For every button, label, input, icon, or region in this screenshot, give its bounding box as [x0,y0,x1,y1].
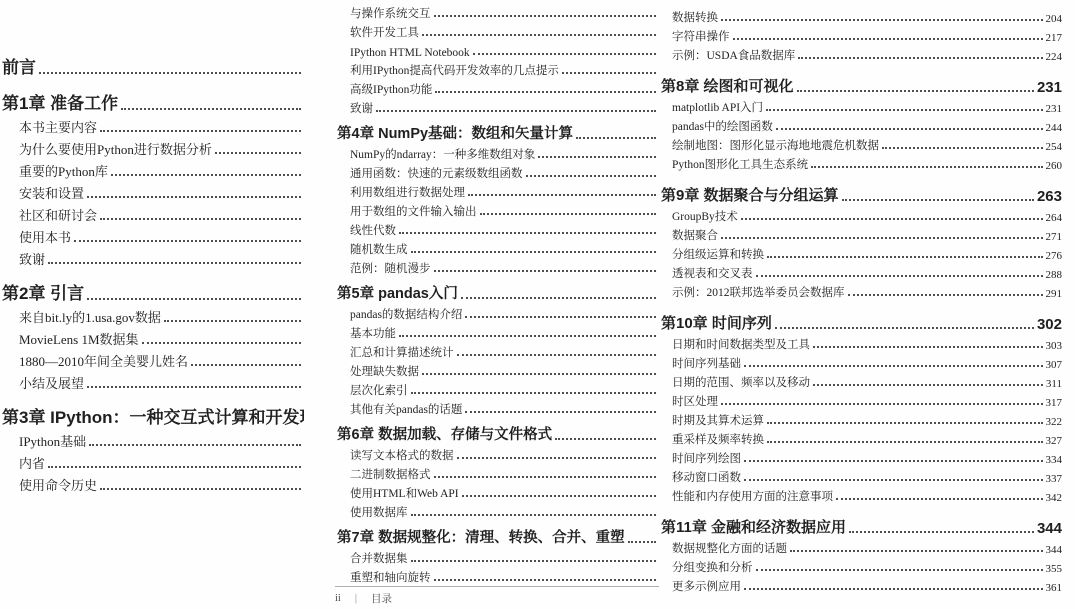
toc-entry-label: 第1章 准备工作 [2,89,118,114]
toc-entry-label: 致谢 [19,249,45,268]
toc-entry-label: 为什么要使用Python进行数据分析 [19,139,212,158]
toc-entry-label: 使用HTML和Web API [350,485,459,501]
toc-entry-section[interactable]: 1880—2010年间全美婴儿姓名 [2,348,304,370]
toc-entry-page: 337 [1046,473,1063,485]
toc-leader-dots [555,438,656,440]
toc-entry-label: 二进制数据格式 [350,466,431,482]
toc-leader-dots [376,110,656,112]
toc-entry-section[interactable]: 随机数生成 [337,238,659,257]
toc-leader-dots [576,137,656,139]
toc-entry-section[interactable]: 时区处理317 [661,390,1062,409]
toc-entry-section[interactable]: 层次化索引 [337,379,659,398]
toc-entry-section[interactable]: IPython基础 [2,428,304,450]
toc-entry-section[interactable]: 致谢 [337,97,659,116]
toc-entry-label: 透视表和交叉表 [672,265,753,281]
toc-leader-dots [191,364,301,366]
toc-entry-label: 基本功能 [350,325,396,341]
toc-leader-dots [767,422,1043,424]
toc-entry-chapter[interactable]: 第1章 准备工作 [2,88,304,114]
toc-leader-dots [215,152,301,154]
toc-entry-label: 第8章 绘图和可视化 [661,75,794,96]
toc-entry-label: 利用数组进行数据处理 [350,184,465,200]
toc-leader-dots [628,541,656,543]
toc-entry-label: 时区处理 [672,393,718,409]
toc-entry-page: 244 [1046,122,1063,134]
toc-leader-dots [411,560,657,562]
toc-leader-dots [435,91,656,93]
toc-leader-dots [48,466,301,468]
toc-entry-label: 高级IPython功能 [350,81,432,97]
toc-entry-section[interactable]: IPython HTML Notebook [337,40,659,59]
toc-entry-section[interactable]: 高级IPython功能 [337,78,659,97]
toc-entry-chapter[interactable]: 第5章 pandas入门 [337,279,659,303]
toc-leader-dots [813,384,1043,386]
toc-entry-label: 第2章 引言 [2,279,84,304]
toc-entry-section[interactable]: 移动窗口函数337 [661,466,1062,485]
toc-entry-section[interactable]: 线性代数 [337,219,659,238]
toc-leader-dots [87,386,301,388]
toc-entry-label: 通用函数：快速的元素级数组函数 [350,165,523,181]
toc-leader-dots [526,175,657,177]
toc-leader-dots [434,270,657,272]
toc-entry-chapter[interactable]: 第11章 金融和经济数据应用344 [661,511,1062,537]
toc-entry-section[interactable]: 利用数组进行数据处理 [337,181,659,200]
toc-entry-section[interactable]: 时间序列基础307 [661,352,1062,371]
toc-leader-dots [142,342,301,344]
toc-leader-dots [465,411,656,413]
toc-entry-label: 合并数据集 [350,550,408,566]
toc-entry-label: pandas的数据结构介绍 [350,306,462,322]
toc-entry-label: 利用IPython提高代码开发效率的几点提示 [350,62,559,78]
toc-entry-page: 224 [1046,51,1063,63]
toc-leader-dots [767,441,1043,443]
toc-entry-page: 334 [1046,454,1063,466]
toc-leader-dots [465,316,656,318]
toc-leader-dots [164,320,301,322]
toc-entry-label: 线性代数 [350,222,396,238]
toc-entry-label: 时间序列基础 [672,355,741,371]
toc-entry-label: 使用数据库 [350,504,408,520]
toc-leader-dots [813,346,1043,348]
toc-leader-dots [457,457,657,459]
toc-leader-dots [100,218,301,220]
toc-column-right: 数据转换204字符串操作217示例：USDA食品数据库224第8章 绘图和可视化… [661,6,1062,594]
toc-entry-page: 263 [1037,188,1062,205]
toc-leader-dots [562,72,656,74]
toc-entry-label: 1880—2010年间全美婴儿姓名 [19,351,188,370]
toc-entry-chapter[interactable]: 第2章 引言 [2,278,304,304]
toc-entry-section[interactable]: NumPy的ndarray：一种多维数组对象 [337,143,659,162]
page-footer: ii | 目录 [335,586,659,606]
toc-entry-chapter[interactable]: 第4章 NumPy基础：数组和矢量计算 [337,119,659,143]
toc-entry-label: 第10章 时间序列 [661,312,772,333]
toc-entry-label: 与操作系统交互 [350,5,431,21]
toc-entry-section[interactable]: 字符串操作217 [661,25,1062,44]
toc-entry-page: 271 [1046,231,1063,243]
toc-entry-chapter[interactable]: 第10章 时间序列302 [661,307,1062,333]
toc-leader-dots [790,550,1043,552]
toc-entry-label: 重要的Python库 [19,161,108,180]
toc-entry-label: 示例：USDA食品数据库 [672,47,795,63]
toc-entry-section[interactable]: 使用命令历史 [2,472,304,494]
toc-entry-section[interactable]: 数据规整化方面的话题344 [661,537,1062,556]
toc-entry-section[interactable]: 使用HTML和Web API [337,482,659,501]
toc-leader-dots [111,174,301,176]
toc-entry-chapter[interactable]: 第6章 数据加载、存储与文件格式 [337,420,659,444]
toc-entry-section[interactable]: 为什么要使用Python进行数据分析 [2,136,304,158]
toc-entry-section[interactable]: 安装和设置 [2,180,304,202]
toc-page: 前言第1章 准备工作本书主要内容为什么要使用Python进行数据分析重要的Pyt… [0,0,1075,609]
toc-entry-label: 社区和研讨会 [19,205,97,224]
toc-entry-page: 307 [1046,359,1063,371]
toc-entry-label: 软件开发工具 [350,24,419,40]
toc-entry-page: 291 [1046,288,1063,300]
toc-entry-chapter[interactable]: 第9章 数据聚合与分组运算263 [661,179,1062,205]
toc-entry-section[interactable]: 使用本书 [2,224,304,246]
toc-entry-label: 第4章 NumPy基础：数组和矢量计算 [337,122,573,143]
toc-entry-label: 时期及其算术运算 [672,412,764,428]
toc-entry-label: 内省 [19,453,45,472]
toc-entry-section[interactable]: 致谢 [2,246,304,268]
toc-leader-dots [744,588,1043,590]
toc-leader-dots [744,479,1043,481]
toc-leader-dots [733,38,1043,40]
toc-entry-label: 性能和内存使用方面的注意事项 [672,488,833,504]
toc-leader-dots [48,262,301,264]
toc-entry-page: 344 [1037,520,1062,537]
toc-leader-dots [457,354,657,356]
toc-entry-label: 用于数组的文件输入输出 [350,203,477,219]
toc-entry-page: 231 [1046,103,1063,115]
toc-entry-section[interactable]: 二进制数据格式 [337,463,659,482]
toc-leader-dots [462,495,656,497]
toc-leader-dots [434,15,657,17]
toc-entry-page: 342 [1046,492,1063,504]
toc-entry-section[interactable]: 合并数据集 [337,547,659,566]
toc-entry-section[interactable]: 性能和内存使用方面的注意事项342 [661,485,1062,504]
toc-entry-section[interactable]: 透视表和交叉表288 [661,262,1062,281]
toc-leader-dots [882,147,1043,149]
toc-entry-section[interactable]: pandas的数据结构介绍 [337,303,659,322]
toc-entry-label: 时间序列绘图 [672,450,741,466]
toc-entry-section[interactable]: 分组变换和分析355 [661,556,1062,575]
toc-entry-label: 分组变换和分析 [672,559,753,575]
toc-entry-chapter[interactable]: 前言 [2,52,304,78]
toc-leader-dots [766,109,1042,111]
toc-entry-section[interactable]: Python图形化工具生态系统260 [661,153,1062,172]
toc-entry-label: 读写文本格式的数据 [350,447,454,463]
toc-leader-dots [811,166,1042,168]
toc-entry-page: 217 [1046,32,1063,44]
toc-entry-label: 前言 [2,53,36,78]
toc-entry-page: 276 [1046,250,1063,262]
toc-entry-section[interactable]: 读写文本格式的数据 [337,444,659,463]
toc-entry-page: 254 [1046,141,1063,153]
toc-leader-dots [89,444,301,446]
toc-leader-dots [767,256,1043,258]
toc-entry-section[interactable]: matplotlib API入门231 [661,96,1062,115]
toc-leader-dots [121,108,301,110]
toc-leader-dots [756,275,1043,277]
toc-entry-section[interactable]: 通用函数：快速的元素级数组函数 [337,162,659,181]
toc-entry-label: 第3章 IPython：一种交互式计算和开发环境 [2,403,304,428]
toc-leader-dots [775,327,1034,329]
toc-entry-section[interactable]: 绘制地图：图形化显示海地地震危机数据254 [661,134,1062,153]
toc-entry-label: 其他有关pandas的话题 [350,401,462,417]
toc-entry-chapter[interactable]: 第7章 数据规整化：清理、转换、合并、重塑 [337,523,659,547]
toc-leader-dots [797,90,1034,92]
toc-entry-page: 361 [1046,582,1063,594]
toc-entry-label: 更多示例应用 [672,578,741,594]
toc-entry-label: IPython HTML Notebook [350,47,470,59]
toc-entry-section[interactable]: 分组级运算和转换276 [661,243,1062,262]
toc-entry-section[interactable]: 重塑和轴向旋转 [337,566,659,585]
toc-leader-dots [399,232,656,234]
toc-entry-section[interactable]: 重采样及频率转换327 [661,428,1062,447]
toc-leader-dots [480,213,657,215]
toc-leader-dots [422,34,656,36]
toc-entry-label: MovieLens 1M数据集 [19,329,139,348]
toc-entry-label: 移动窗口函数 [672,469,741,485]
toc-leader-dots [468,194,656,196]
toc-entry-section[interactable]: 内省 [2,450,304,472]
toc-entry-label: 层次化索引 [350,382,408,398]
toc-entry-section[interactable]: 时期及其算术运算322 [661,409,1062,428]
toc-entry-section[interactable]: 更多示例应用361 [661,575,1062,594]
toc-leader-dots [848,294,1043,296]
toc-leader-dots [744,460,1043,462]
footer-page-number: ii [335,593,341,604]
toc-column-left: 前言第1章 准备工作本书主要内容为什么要使用Python进行数据分析重要的Pyt… [2,52,304,494]
toc-entry-label: NumPy的ndarray：一种多维数组对象 [350,146,535,162]
toc-leader-dots [836,498,1043,500]
toc-entry-page: 355 [1046,563,1063,575]
toc-entry-chapter[interactable]: 第3章 IPython：一种交互式计算和开发环境 [2,402,304,428]
toc-entry-label: 随机数生成 [350,241,408,257]
toc-entry-section[interactable]: 时间序列绘图334 [661,447,1062,466]
toc-entry-label: GroupBy技术 [672,208,738,224]
toc-entry-label: 范例：随机漫步 [350,260,431,276]
toc-entry-label: 重塑和轴向旋转 [350,569,431,585]
toc-entry-label: 来自bit.ly的1.usa.gov数据 [19,307,161,326]
toc-entry-section[interactable]: 处理缺失数据 [337,360,659,379]
toc-entry-chapter[interactable]: 第8章 绘图和可视化231 [661,70,1062,96]
toc-leader-dots [87,196,301,198]
toc-entry-label: 数据聚合 [672,227,718,243]
toc-leader-dots [100,130,301,132]
toc-leader-dots [434,579,657,581]
toc-entry-label: 日期和时间数据类型及工具 [672,336,810,352]
toc-leader-dots [461,297,656,299]
toc-entry-section[interactable]: 利用IPython提高代码开发效率的几点提示 [337,59,659,78]
toc-leader-dots [422,373,656,375]
toc-entry-section[interactable]: 基本功能 [337,322,659,341]
toc-entry-label: 字符串操作 [672,28,730,44]
toc-entry-section[interactable]: 来自bit.ly的1.usa.gov数据 [2,304,304,326]
toc-leader-dots [39,72,301,74]
toc-entry-page: 231 [1037,79,1062,96]
toc-entry-page: 204 [1046,13,1063,25]
toc-entry-section[interactable]: 重要的Python库 [2,158,304,180]
toc-leader-dots [399,335,656,337]
toc-leader-dots [776,128,1043,130]
toc-leader-dots [473,53,656,55]
toc-entry-section[interactable]: 范例：随机漫步 [337,257,659,276]
toc-entry-label: 小结及展望 [19,373,84,392]
toc-leader-dots [100,488,301,490]
toc-entry-label: 本书主要内容 [19,117,97,136]
toc-leader-dots [756,569,1043,571]
toc-entry-label: 第5章 pandas入门 [337,282,458,303]
toc-entry-section[interactable]: 其他有关pandas的话题 [337,398,659,417]
toc-entry-label: 重采样及频率转换 [672,431,764,447]
toc-entry-label: 第7章 数据规整化：清理、转换、合并、重塑 [337,526,625,547]
toc-leader-dots [741,218,1043,220]
toc-entry-section[interactable]: 示例：USDA食品数据库224 [661,44,1062,63]
toc-entry-section[interactable]: 数据聚合271 [661,224,1062,243]
toc-entry-label: 安装和设置 [19,183,84,202]
toc-leader-dots [411,514,657,516]
toc-entry-section[interactable]: MovieLens 1M数据集 [2,326,304,348]
toc-entry-label: 日期的范围、频率以及移动 [672,374,810,390]
toc-leader-dots [74,240,301,242]
toc-leader-dots [721,403,1043,405]
toc-entry-label: 示例：2012联邦选举委员会数据库 [672,284,845,300]
toc-entry-section[interactable]: 用于数组的文件输入输出 [337,200,659,219]
toc-entry-section[interactable]: 日期和时间数据类型及工具303 [661,333,1062,352]
toc-entry-page: 311 [1046,378,1062,390]
toc-entry-section[interactable]: pandas中的绘图函数244 [661,115,1062,134]
footer-label: 目录 [371,591,392,606]
toc-entry-section[interactable]: 本书主要内容 [2,114,304,136]
toc-entry-section[interactable]: 与操作系统交互 [337,2,659,21]
toc-entry-label: 第9章 数据聚合与分组运算 [661,184,839,205]
toc-leader-dots [538,156,656,158]
toc-leader-dots [798,57,1042,59]
toc-leader-dots [411,251,657,253]
toc-entry-page: 322 [1046,416,1063,428]
toc-entry-label: 分组级运算和转换 [672,246,764,262]
toc-entry-section[interactable]: GroupBy技术264 [661,205,1062,224]
toc-entry-label: pandas中的绘图函数 [672,118,773,134]
toc-entry-section[interactable]: 数据转换204 [661,6,1062,25]
toc-entry-section[interactable]: 汇总和计算描述统计 [337,341,659,360]
toc-entry-label: matplotlib API入门 [672,99,763,115]
toc-entry-section[interactable]: 小结及展望 [2,370,304,392]
toc-entry-page: 260 [1046,160,1063,172]
toc-entry-label: IPython基础 [19,431,86,450]
toc-entry-page: 327 [1046,435,1063,447]
toc-entry-page: 264 [1046,212,1063,224]
toc-entry-page: 344 [1046,544,1063,556]
toc-entry-page: 317 [1046,397,1063,409]
toc-entry-label: 数据转换 [672,9,718,25]
toc-leader-dots [721,237,1043,239]
toc-entry-label: 第6章 数据加载、存储与文件格式 [337,423,552,444]
toc-entry-label: 汇总和计算描述统计 [350,344,454,360]
toc-entry-label: 使用命令历史 [19,475,97,494]
toc-entry-section[interactable]: 日期的范围、频率以及移动311 [661,371,1062,390]
toc-entry-section[interactable]: 社区和研讨会 [2,202,304,224]
toc-entry-label: 使用本书 [19,227,71,246]
toc-entry-label: 致谢 [350,100,373,116]
toc-entry-page: 288 [1046,269,1063,281]
toc-leader-dots [842,199,1034,201]
toc-entry-label: 绘制地图：图形化显示海地地震危机数据 [672,137,879,153]
toc-entry-label: 处理缺失数据 [350,363,419,379]
toc-leader-dots [434,476,657,478]
toc-leader-dots [411,392,657,394]
footer-separator: | [355,593,357,604]
toc-leader-dots [87,298,301,300]
toc-leader-dots [744,365,1043,367]
toc-entry-label: Python图形化工具生态系统 [672,156,808,172]
toc-entry-label: 第11章 金融和经济数据应用 [661,516,846,537]
toc-column-middle: 与操作系统交互软件开发工具IPython HTML Notebook利用IPyt… [337,2,659,585]
toc-leader-dots [721,19,1043,21]
toc-entry-section[interactable]: 示例：2012联邦选举委员会数据库291 [661,281,1062,300]
toc-entry-label: 数据规整化方面的话题 [672,540,787,556]
toc-entry-section[interactable]: 使用数据库 [337,501,659,520]
toc-entry-page: 302 [1037,316,1062,333]
toc-entry-page: 303 [1046,340,1063,352]
toc-leader-dots [849,531,1034,533]
toc-entry-section[interactable]: 软件开发工具 [337,21,659,40]
